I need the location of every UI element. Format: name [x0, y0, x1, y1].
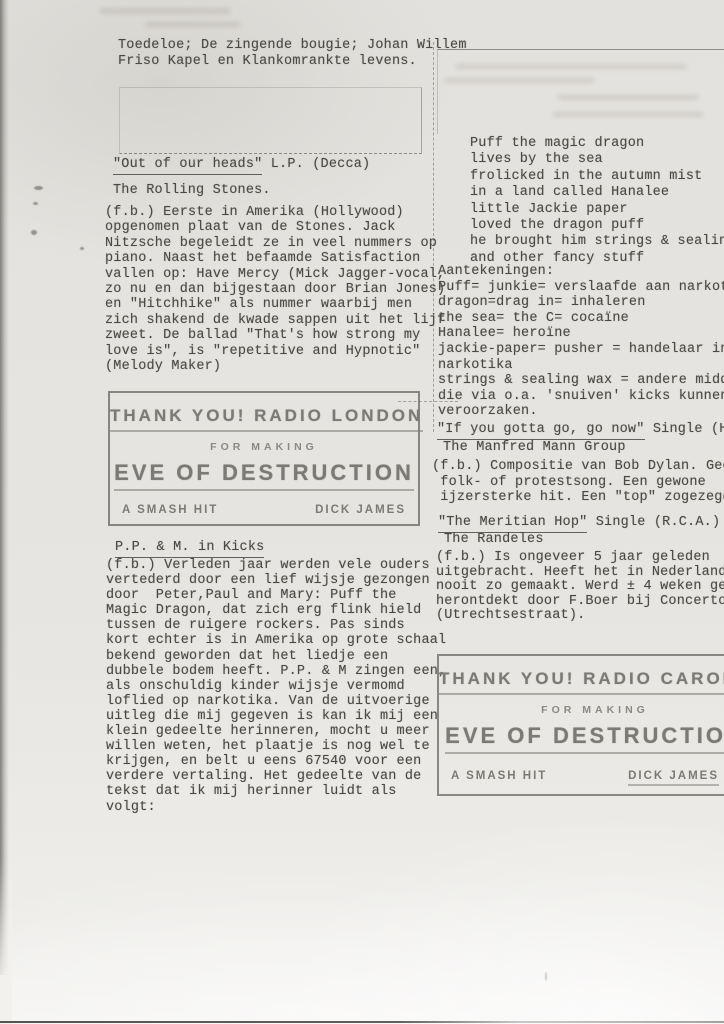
thanks-line: THANK YOU! RADIO CAROLINE: [439, 669, 724, 695]
top-note: Toedeloe; De zingende bougie; Johan Will…: [118, 38, 467, 71]
stones-body: (f.b.) Eerste in Amerika (Hollywood) opg…: [105, 205, 445, 374]
smash-hit-label: A SMASH HIT: [122, 504, 218, 516]
ink-speck: [34, 186, 43, 190]
bleed-smudge: [100, 8, 230, 14]
bleed-smudge: [444, 78, 594, 83]
bottom-edge-line: [0, 1021, 724, 1023]
song-title: EVE OF DESTRUCTION: [114, 460, 414, 491]
bleed-smudge: [558, 95, 698, 100]
bleed-smudge: [145, 22, 240, 27]
page-edge-fade: [0, 860, 12, 1024]
martian-hop-body: (f.b.) Is ongeveer 5 jaar geleden uitgeb…: [436, 551, 724, 624]
puff-lyrics: Puff the magic dragon lives by the sea f…: [470, 136, 724, 267]
gotta-go-title-rest: Single (H.M.V.): [645, 422, 724, 437]
gotta-go-artist: The Manfred Mann Group: [443, 440, 626, 455]
gotta-go-title: "If you gotta go, go now" Single (H.M.V.…: [437, 422, 724, 437]
stones-title: "Out of our heads" L.P. (Decca): [113, 157, 370, 172]
martian-hop-title-underlined: "The Meritian Hop": [438, 515, 587, 533]
stones-artist: The Rolling Stones.: [113, 183, 271, 198]
song-title: EVE OF DESTRUCTION: [445, 723, 724, 754]
kicks-title: P.P. & M. in Kicks: [115, 540, 264, 555]
bleed-through-box-left: [119, 87, 422, 154]
ad-bottom-row: A SMASH HIT DICK JAMES: [122, 504, 406, 516]
ad-bottom-row: A SMASH HIT DICK JAMES: [451, 770, 719, 786]
radio-caroline-ad: THANK YOU! RADIO CAROLINE FOR MAKING EVE…: [437, 654, 724, 796]
radio-london-ad: THANK YOU! RADIO LONDON FOR MAKING EVE O…: [108, 391, 420, 526]
kicks-title-text: P.P. & M. in Kicks: [115, 540, 264, 558]
page-edge-shadow: [0, 0, 9, 975]
thanks-line: THANK YOU! RADIO LONDON: [110, 406, 423, 432]
ink-speck: [31, 230, 37, 235]
ink-speck: [33, 202, 38, 205]
song-title-wrap: EVE OF DESTRUCTION: [439, 716, 724, 754]
song-title-wrap: EVE OF DESTRUCTION: [110, 453, 418, 491]
stones-title-rest: L.P. (Decca): [262, 157, 370, 172]
bleed-smudge: [456, 64, 686, 69]
martian-hop-title-rest: Single (R.C.A.): [587, 515, 720, 530]
scanned-zine-page: Toedeloe; De zingende bougie; Johan Will…: [0, 0, 724, 1024]
martian-hop-artist: The Randeles: [444, 532, 544, 547]
ink-speck: [80, 247, 84, 250]
gotta-go-title-underlined: "If you gotta go, go now": [437, 422, 645, 440]
credit-label: DICK JAMES: [628, 770, 719, 786]
thanks-line-wrap: THANK YOU! RADIO CAROLINE: [439, 656, 724, 695]
bleed-through-box-right: [437, 49, 724, 134]
gotta-go-body: (f.b.) Compositie van Bob Dylan. Geen fo…: [432, 459, 724, 506]
stones-title-underlined: "Out of our heads": [113, 157, 262, 175]
smash-hit-label: A SMASH HIT: [451, 770, 547, 786]
credit-label: DICK JAMES: [315, 504, 406, 516]
for-making-line: FOR MAKING: [439, 704, 724, 716]
for-making-line: FOR MAKING: [110, 441, 418, 453]
martian-hop-title: "The Meritian Hop" Single (R.C.A.): [438, 515, 720, 530]
kicks-body: (f.b.) Verleden jaar werden vele ouders …: [106, 558, 446, 815]
thanks-line-wrap: THANK YOU! RADIO LONDON: [110, 393, 418, 432]
aantekeningen-notes: Aantekeningen: Puff= junkie= verslaafde …: [438, 264, 724, 420]
bleed-smudge: [553, 112, 703, 117]
ink-speck: [545, 972, 547, 981]
